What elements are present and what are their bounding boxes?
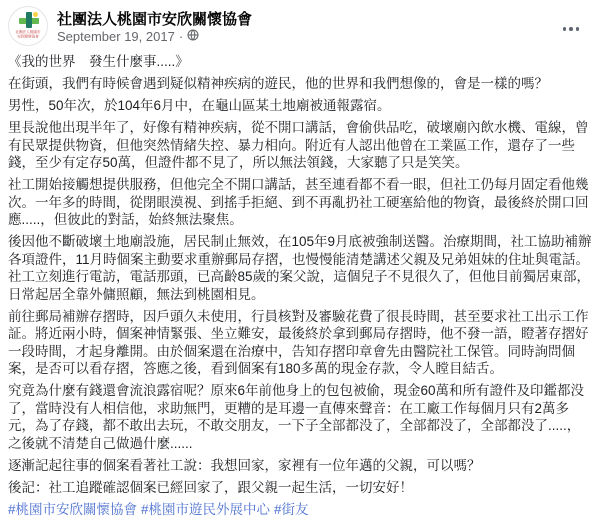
logo-caption-text: 社團法人桃園市安欣關懷協會: [11, 30, 45, 38]
post-paragraph: 在街頭，我們有時候會遇到疑似精神疾病的遊民，他的世界和我們想像的，會是一樣的嗎？: [8, 75, 592, 93]
post-paragraph: 社工開始接觸想提供服務，但他完全不開口講話，甚至連看都不看一眼，但社工仍每月固定…: [8, 176, 592, 229]
facebook-post: 社團法人桃園市安欣關懷協會 社團法人桃園市安欣關懷協會 September 19…: [0, 0, 600, 530]
post-header: 社團法人桃園市安欣關懷協會 社團法人桃園市安欣關懷協會 September 19…: [0, 0, 600, 47]
ellipsis-icon: [569, 27, 573, 31]
page-avatar[interactable]: 社團法人桃園市安欣關懷協會: [8, 6, 48, 46]
post-meta: September 19, 2017 ·: [57, 28, 199, 44]
hashtag-link[interactable]: #桃園市遊民外展中心: [141, 502, 270, 517]
post-paragraph: 前往郵局補辦存摺時，因戶頭久未使用，行員核對及審驗花費了很長時間，甚至要求社工出…: [8, 308, 592, 378]
post-paragraph: 後因他不斷破壞土地廟設施，居民制止無效，在105年9月底被強制送醫。治療期間，社…: [8, 233, 592, 303]
post-paragraph: 男性，50年次，於104年6月中，在龜山區某土地廟被通報露宿。: [8, 97, 592, 115]
hashtag-link[interactable]: #街友: [274, 502, 309, 517]
logo-yellow-dot: [33, 12, 38, 17]
post-paragraph: 究竟為什麼有錢還會流浪露宿呢？原來6年前他身上的包包被偷，現金60萬和所有證件及…: [8, 382, 592, 452]
post-paragraph: 《我的世界 發生什麼事.....》: [8, 53, 592, 71]
page-name-link[interactable]: 社團法人桃園市安欣關懷協會: [57, 8, 252, 29]
more-options-button[interactable]: [559, 21, 584, 37]
globe-icon: [187, 29, 199, 44]
org-logo: 社團法人桃園市安欣關懷協會: [9, 7, 47, 45]
logo-cross-vertical: [26, 12, 32, 28]
post-paragraph: 里長說他出現半年了，好像有精神疾病，從不開口講話，會偷供品吃，破壞廟內飲水機、電…: [8, 119, 592, 172]
hashtag-row: #桃園市安欣關懷協會#桃園市遊民外展中心#街友: [0, 501, 600, 519]
ellipsis-icon: [576, 27, 580, 31]
post-date[interactable]: September 19, 2017: [57, 29, 175, 44]
logo-caption-line: 安欣關懷協會: [11, 35, 45, 39]
post-body: 《我的世界 發生什麼事.....》在街頭，我們有時候會遇到疑似精神疾病的遊民，他…: [0, 47, 600, 496]
ellipsis-icon: [563, 27, 567, 31]
meta-separator: ·: [179, 29, 183, 44]
hashtag-link[interactable]: #桃園市安欣關懷協會: [8, 502, 137, 517]
post-paragraph: 逐漸記起往事的個案看著社工說：我想回家，家裡有一位年邁的父親，可以嗎？: [8, 457, 592, 475]
post-paragraph: 後記：社工追蹤確認個案已經回家了，跟父親一起生活，一切安好！: [8, 479, 592, 497]
